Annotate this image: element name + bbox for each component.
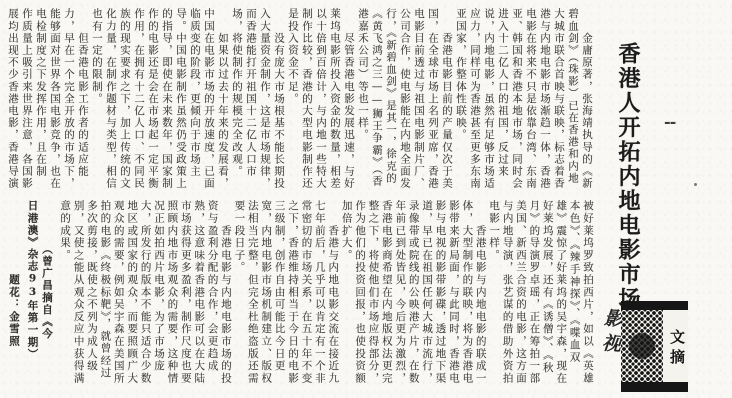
text-column: 作用，在拥有十二亿人口、不同民 (132, 8, 146, 198)
text-column: 法相当完整，但完全杜绝盗版还需 (245, 200, 258, 398)
text-column: 港嘉禾公司）等也一样。 (356, 8, 370, 198)
credit-line: 题花：金雪照 (4, 200, 21, 398)
text-column: 展均出现不少香港电影，香港导演 (6, 8, 20, 198)
text-column: 作的电影还是会在市场起一定平衡 (146, 8, 160, 198)
text-column: 月》的导演罗卓瑶，正在筹拍一部 (527, 200, 540, 398)
text-column: 说，内地电影，虽然有足够市场适 (482, 8, 496, 198)
text-column: 影与电视的影带影碟，透过地下渠 (433, 200, 446, 398)
text-column: 要一段日子。 (232, 200, 245, 398)
text-column: 中国在电影市场的开放速度，已面 (202, 8, 216, 198)
text-column: 场，将使制作的规模完全改观。 (230, 8, 244, 198)
text-column: 道，早已在祖国任何大城市流行， (420, 200, 433, 398)
text-column: 美国、新西兰合资的电影，这方面 (514, 200, 527, 398)
stamp-text: 文摘 (663, 310, 688, 382)
text-column: 地区或国家的观众，而要照顾广大 (125, 200, 138, 398)
text-column: 加倍扩大。 (339, 200, 352, 398)
text-column: 七年前后，几乎可以肯定有一个非 (312, 200, 325, 398)
text-column: 临质变的阶段，更倾向于市场主 (188, 8, 202, 198)
text-column: 化力量，在制作题材与类型，相信 (104, 8, 118, 198)
scanned-article-page: 金庸原著，张海靖执导的《新碧血剑》（珠影）已在香港和内地大城市联合首映与联映，标… (0, 0, 732, 398)
digest-stamp: 文摘 (621, 301, 688, 392)
ink-speck (694, 183, 697, 186)
text-column: 常密切的市场关系，在五十年不变 (299, 200, 312, 398)
text-column: 香港电影与内地电影市场的投 (219, 200, 232, 398)
text-column: 但香港电影工作者的适应能 (76, 8, 90, 198)
text-column: 没有庞大市场根基不能长期投 (272, 8, 286, 198)
dash-mark: -- (664, 112, 675, 131)
text-column: 亚、韩国和香港本地市场，同时会 (510, 8, 524, 198)
text-column: 资与盈利分配的合作，会更趋成 (205, 200, 218, 398)
text-column: 雄》震惊了好莱坞的吴宇森，现在 (554, 200, 567, 398)
text-column: 作为他们的投资回报，也使投资额 (353, 200, 366, 398)
text-column: 三级制，创作自由可能比今日更 (272, 200, 285, 398)
text-column: 况正如拍西片电影，为了市场庞 (152, 200, 165, 398)
article-body-top-band: 金庸原著，张海靖执导的《新碧血剑》（珠影）已在香港和内地大城市联合首映与联映，标… (2, 8, 594, 198)
text-column: 大城市联合首映与联映，标志着香 (552, 8, 566, 198)
text-column: 与内地导演，张艺谋的借助外资拍 (500, 200, 513, 398)
text-column: 的指导，即使在未来数年，国家制 (160, 8, 174, 198)
headline: 香港人开拓内地电影市场 (596, 42, 644, 318)
text-column: 香港电影目前的产量仅次于美 (440, 8, 454, 198)
text-column: 观众的需要，例如吴宇森在美国所 (111, 200, 124, 398)
text-column: 影带来新局面，与此同时，香港电 (447, 200, 460, 398)
text-column: 被好莱坞罗致拍西片，如以《英雄 (581, 200, 594, 398)
text-column: 入大量资金制作，这是市场规律， (258, 8, 272, 198)
text-column: 意的成果。 (58, 200, 71, 398)
text-column: 多次剪接，既使之不列为成人级 (85, 200, 98, 398)
text-column: 族的现实要求之下，加上传统的文 (118, 8, 132, 198)
text-column: 电影目前透过与祖国电影制片厂、 (412, 8, 426, 198)
citation-column: （曾广昌摘自《今 (40, 200, 55, 398)
text-column: 行，《新碧血剑》是其一，徐克的 (384, 8, 398, 198)
text-column: 是投入资金不足。 (286, 8, 300, 198)
text-column: 熟，这意味着香港电影可以在大陆 (192, 200, 205, 398)
text-column: 《黄飞鸿之三——狮王争霸》（香 (370, 8, 384, 198)
text-column: 整之下，将使他们市场应得部分， (366, 200, 379, 398)
text-column: 拍的电影《终极标靶》，就曾经过 (98, 200, 111, 398)
text-column: 碧血剑》（珠影）已在香港和内地 (566, 8, 580, 198)
text-column: 别，又使之能从观众反应中获得满 (71, 200, 84, 398)
text-column: 能够面对世界各国电影竞争，也在 (48, 8, 62, 198)
text-column: 制作比较，香港的大型电影制作还 (300, 8, 314, 198)
text-column: 进入十二亿人口的祖国，反过来 (496, 8, 510, 198)
text-column: 体，大型制作的联映，将为香港电 (460, 200, 473, 398)
text-column: 电影一样。 (487, 200, 500, 398)
citation-column: 日港澳》杂志93年第一期） (25, 200, 40, 398)
text-column: 作质量上吸引来世界注意，各国影 (20, 8, 34, 198)
text-column: 应力，同样可为香港甚至更多东南 (468, 8, 482, 198)
article-body-bottom-band: 被好莱坞罗致拍西片，如以《英雄本色》、《辣手神探》、《喋血双雄》震惊了好莱坞的吴… (56, 200, 594, 398)
text-column: 而香港能打开祖国十二亿人口市 (244, 8, 258, 198)
text-column: 也有一定的限制。 (90, 8, 104, 198)
text-column: 尽管香港电影发展迅速，与好 (342, 8, 356, 198)
text-column: 莱坞电影所投入资金的数量，相差 (328, 8, 342, 198)
text-column: 香港电影与内地电影的联成一 (473, 200, 486, 398)
text-column: 亚国家，作整体性联映。 (454, 8, 468, 198)
text-column: 好莱坞发展，还有《诱僧》、《秋 (540, 200, 553, 398)
text-column: 如果以过去十年来的发展看， (216, 8, 230, 198)
text-column: 电影在将来不只是依靠台湾、东南 (524, 8, 538, 198)
text-column: 香港电影商希望在内地版权法更完 (380, 200, 393, 398)
source-citation: （曾广昌摘自《今日港澳》杂志93年第一期） (22, 200, 54, 398)
text-column: 港与内地电影市场渐趋一体，香港 (538, 8, 552, 198)
text-column: 之下，香港维持相当于今日的电影 (286, 200, 299, 398)
text-column: 本色》、《辣手神探》、《喋血双 (567, 200, 580, 398)
text-column: 年前已到处皆见，今后更为激烈， (393, 200, 406, 398)
text-column: 香港与内地电影交流在接近九 (326, 200, 339, 398)
text-column: 国，在全球市场上名列亚席，香港 (426, 8, 440, 198)
text-column: 宽，内地电影市场机制建立、版权 (259, 200, 272, 398)
text-column: 公司合作，使电影能在内地全面发 (398, 8, 412, 198)
text-column: 市场获得更多盈利，制作尺度也要 (178, 200, 191, 398)
text-column: 力，早在一个完全开放的市场下， (62, 8, 76, 198)
text-column: 以十倍到百倍计，与内地一些特大 (314, 8, 328, 198)
text-column: 电检制度之下发挥作用，且在制 (34, 8, 48, 198)
text-column: 大，所发行的版本不能只适合少数 (138, 200, 151, 398)
text-column: 金庸原著，张海靖执导的《新 (580, 8, 594, 198)
text-column: 录像带或院线的公映港产片，在数 (406, 200, 419, 398)
stamp-ornament-pattern (621, 310, 663, 382)
text-column: 导。中国电影制作虽然仍受政策上 (174, 8, 188, 198)
text-column: 照顾内地市场观众的需要，这种情 (165, 200, 178, 398)
